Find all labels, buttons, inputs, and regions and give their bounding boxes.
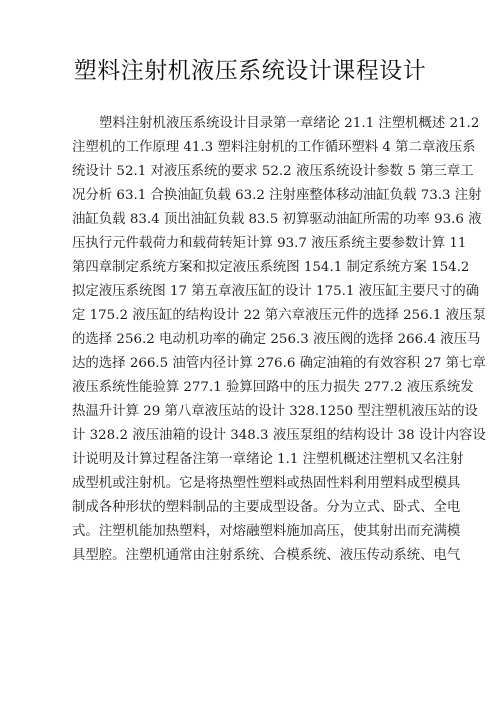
text-line: 况分析 63.1 合换油缸负载 63.2 注射座整体移动油缸负载 73.3 注射 bbox=[72, 184, 432, 208]
text-line: 油缸负载 83.4 顶出油缸负载 83.5 初算驱动油缸所需的功率 93.6 液 bbox=[72, 208, 432, 232]
text-line: 注塑机的工作原理 41.3 塑料注射机的工作循环塑料 4 第二章液压系 bbox=[72, 136, 432, 160]
text-line: 拟定液压系统图 17 第五章液压缸的设计 175.1 液压缸主要尺寸的确 bbox=[72, 280, 432, 304]
text-line: 统设计 52.1 对液压系统的要求 52.2 液压系统设计参数 5 第三章工 bbox=[72, 160, 432, 184]
text-line: 定 175.2 液压缸的结构设计 22 第六章液压元件的选择 256.1 液压泵 bbox=[72, 304, 432, 328]
text-line: 成型机或注射机。它是将热塑性塑料或热固性料利用塑料成型模具 bbox=[72, 472, 432, 496]
document-page: 塑料注射机液压系统设计课程设计 塑料注射机液压系统设计目录第一章绪论 21.1 … bbox=[0, 0, 500, 707]
text-line: 的选择 256.2 电动机功率的确定 256.3 液压阀的选择 266.4 液压… bbox=[72, 328, 432, 352]
text-line: 式。注塑机能加热塑料，对熔融塑料施加高压，使其射出而充满模 bbox=[72, 520, 432, 544]
text-line: 制成各种形状的塑料制品的主要成型设备。分为立式、卧式、全电 bbox=[72, 496, 432, 520]
text-line: 计说明及计算过程备注第一章绪论 1.1 注塑机概述注塑机又名注射 bbox=[72, 448, 432, 472]
text-line: 塑料注射机液压系统设计目录第一章绪论 21.1 注塑机概述 21.2 bbox=[72, 112, 432, 136]
text-line: 热温升计算 29 第八章液压站的设计 328.1250 型注塑机液压站的设 bbox=[72, 400, 432, 424]
text-line: 具型腔。注塑机通常由注射系统、合模系统、液压传动系统、电气 bbox=[72, 544, 432, 568]
text-line: 计 328.2 液压油箱的设计 348.3 液压泵组的结构设计 38 设计内容设 bbox=[72, 424, 432, 448]
document-body: 塑料注射机液压系统设计目录第一章绪论 21.1 注塑机概述 21.2 注塑机的工… bbox=[72, 112, 432, 568]
document-title: 塑料注射机液压系统设计课程设计 bbox=[0, 52, 500, 85]
text-line: 压执行元件载荷力和载荷转矩计算 93.7 液压系统主要参数计算 11 bbox=[72, 232, 432, 256]
text-line: 液压系统性能验算 277.1 验算回路中的压力损失 277.2 液压系统发 bbox=[72, 376, 432, 400]
text-line: 第四章制定系统方案和拟定液压系统图 154.1 制定系统方案 154.2 bbox=[72, 256, 432, 280]
text-line: 达的选择 266.5 油管内径计算 276.6 确定油箱的有效容积 27 第七章 bbox=[72, 352, 432, 376]
